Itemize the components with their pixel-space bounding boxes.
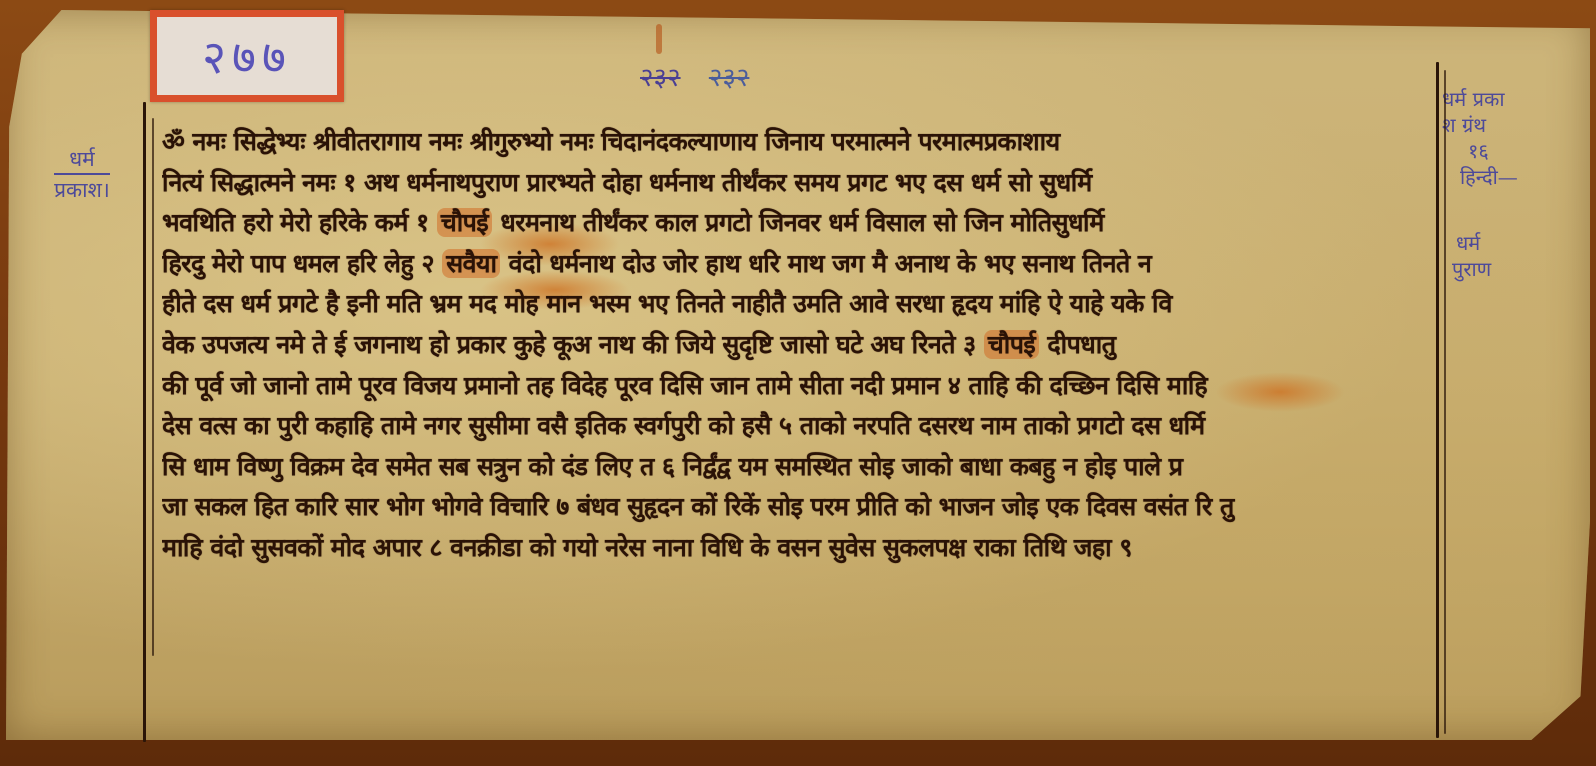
left-margin-rule-inner [152,118,154,656]
text-line-1: ॐ नमः सिद्धेभ्यः श्रीवीतरागाय नमः श्रीगु… [162,122,1440,163]
text-segment: हिरदु मेरो पाप धमल हरि लेहु २ [162,249,442,278]
margin-note-right-line1: धर्म प्रका [1442,86,1582,112]
folio-number: २३२ २३२ [640,58,749,94]
text-segment: धरमनाथ तीर्थंकर काल प्रगटो जिनवर धर्म वि… [492,208,1104,237]
margin-note-left-line1: धर्म [22,146,142,173]
margin-note-right: धर्म प्रका श ग्रंथ १६ हिन्दी— धर्म पुराण [1442,86,1582,282]
text-line-3: भवथिति हरो मेरो हरिके कर्म १ चौपई धरमनाथ… [162,203,1440,244]
margin-note-right-line6: पुराण [1442,256,1582,282]
margin-note-left-line2: प्रकाश। [54,173,110,204]
text-line-11: माहि वंदो सुसवकों मोद अपार ८ वनक्रीडा को… [162,528,1440,569]
rubric-chaupai: चौपई [437,208,492,237]
ink-mark [656,24,662,54]
margin-note-right-line3: १६ [1442,138,1582,164]
right-margin-rule-outer [1444,70,1446,734]
text-segment: दीपधातु [1039,330,1115,359]
text-line-2: नित्यं सिद्धात्मने नमः १ अथ धर्मनाथपुराण… [162,163,1440,204]
text-segment: वेक उपजत्य नमे ते ई जगनाथ हो प्रकार कुहे… [162,330,984,359]
margin-note-right-line2: श ग्रंथ [1442,112,1582,138]
text-line-7: की पूर्व जो जानो तामे पूरव विजय प्रमानो … [162,366,1440,407]
accession-number: २७७ [202,25,292,87]
text-line-4: हिरदु मेरो पाप धमल हरि लेहु २ सवैया वंदो… [162,244,1440,285]
margin-note-right-line5: धर्म [1442,230,1582,256]
text-line-5: हीते दस धर्म प्रगटे है इनी मति भ्रम मद म… [162,284,1440,325]
folio-number-alt: २३२ [709,63,750,93]
text-segment: भवथिति हरो मेरो हरिके कर्म १ [162,208,437,237]
folio-number-struck: २३२ [640,63,681,93]
margin-note-right-line4: हिन्दी— [1442,164,1582,190]
text-line-9: सि धाम विष्णु विक्रम देव समेत सब सत्रुन … [162,447,1440,488]
text-line-6: वेक उपजत्य नमे ते ई जगनाथ हो प्रकार कुहे… [162,325,1440,366]
left-margin-rule [143,102,146,742]
text-line-8: देस वत्स का पुरी कहाहि तामे नगर सुसीमा व… [162,406,1440,447]
text-segment: वंदो धर्मनाथ दोउ जोर हाथ धरि माथ जग मै अ… [500,249,1151,278]
rubric-chaupai: चौपई [984,330,1039,359]
rubric-savaiya: सवैया [442,249,500,278]
margin-note-left: धर्म प्रकाश। [22,146,142,205]
manuscript-text: ॐ नमः सिद्धेभ्यः श्रीवीतरागाय नमः श्रीगु… [162,122,1440,652]
text-line-10: जा सकल हित कारि सार भोग भोगवे विचारि ७ ब… [162,487,1440,528]
accession-number-label: २७७ [150,10,344,102]
